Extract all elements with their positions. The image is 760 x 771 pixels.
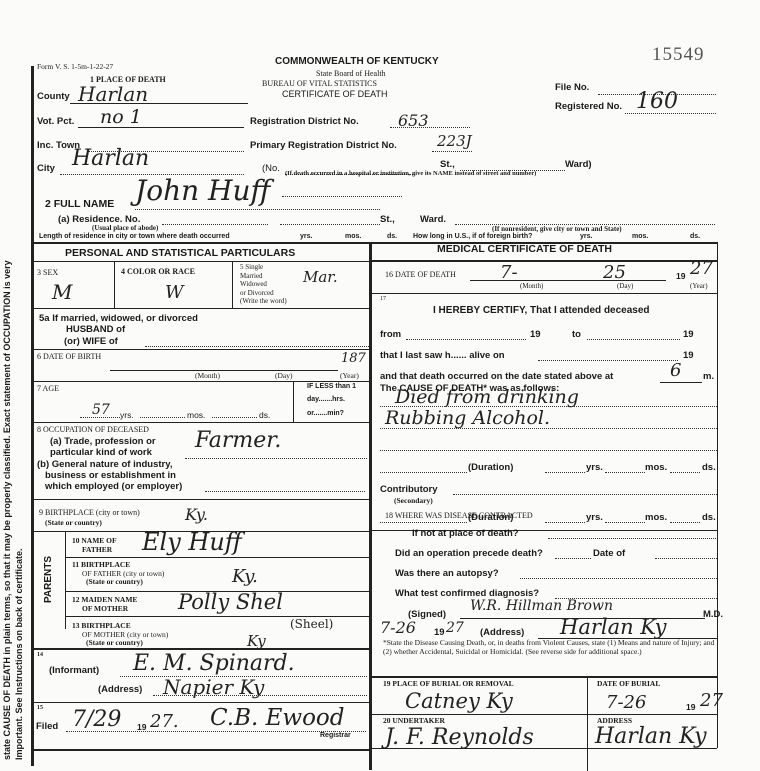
bureau-title: BUREAU OF VITAL STATISTICS	[262, 79, 377, 88]
dod-year-prefix: 19	[676, 271, 685, 281]
operation-label: Did an operation precede death?	[395, 548, 543, 559]
certificate-title: CERTIFICATE OF DEATH	[282, 89, 388, 99]
trade-value[interactable]: Farmer.	[195, 428, 281, 453]
mother-bp-label-3: (State or country)	[86, 638, 143, 647]
city-label: City	[37, 163, 55, 174]
form-number: Form V. S. 1-5m-1-22-27	[37, 62, 113, 71]
birthplace-label-2: (State or country)	[45, 518, 102, 527]
race-label: 4 COLOR OR RACE	[121, 267, 195, 276]
dod-label: 16 DATE OF DEATH	[385, 270, 456, 279]
undertaker-label: 20 UNDERTAKER	[383, 716, 445, 725]
less-than-day-min: or.......min?	[307, 410, 344, 417]
father-bp-label-3: (State or country)	[86, 577, 143, 586]
burial-place-value[interactable]: Catney Ky	[405, 689, 513, 713]
filed-label: Filed	[36, 721, 58, 732]
center-divider	[369, 243, 372, 770]
industry-label-3: which employed (or employer)	[45, 481, 182, 492]
cause-line-1[interactable]: Died from drinking	[395, 386, 579, 408]
where-contracted-heading: 18 WHERE WAS DISEASE CONTRACTED	[385, 511, 533, 520]
occupation-label: 8 OCCUPATION OF DECEASED	[37, 425, 149, 434]
age-mos-label: mos.	[187, 410, 205, 420]
death-time-m: m.	[703, 371, 714, 382]
less-than-day-label: IF LESS than 1	[307, 383, 356, 390]
mother-label-2: OF MOTHER	[82, 604, 128, 613]
burial-date-label: DATE OF BURIAL	[597, 679, 660, 688]
nonresident-note: (If nonresident, give city or town and S…	[492, 225, 622, 233]
reg-district-value[interactable]: 653	[398, 111, 429, 130]
us-yrs: yrs.	[580, 233, 592, 240]
sign-date-value[interactable]: 7-26	[380, 618, 416, 637]
dod-month-value[interactable]: 7-	[500, 262, 518, 283]
undertaker-address-value[interactable]: Harlan Ky	[595, 724, 707, 749]
sign-address-label: (Address)	[480, 627, 524, 638]
us-residence-label: How long in U.S., if of foreign birth?	[413, 233, 532, 240]
informant-address-value[interactable]: Napier Ky	[163, 675, 264, 699]
operation-date-label: Date of	[593, 548, 625, 559]
burial-year-prefix: 19	[686, 702, 695, 712]
stamp-number: 15549	[652, 44, 705, 66]
footnote: *State the Disease Causing Death, or, in…	[383, 638, 716, 656]
duration-ds-1: ds.	[702, 462, 716, 473]
board-of-health: State Board of Health	[316, 69, 386, 78]
age-label: 7 AGE	[37, 384, 59, 393]
registered-no-value[interactable]: 160	[636, 89, 678, 114]
street-no-label: (No.	[262, 163, 280, 174]
full-name-value[interactable]: John Huff	[135, 174, 270, 207]
primary-reg-label: Primary Registration District No.	[250, 140, 397, 151]
burial-date-value[interactable]: 7-26	[606, 692, 646, 713]
birthplace-label-1: 9 BIRTHPLACE (city or town)	[39, 508, 140, 517]
primary-reg-value[interactable]: 223J	[437, 132, 472, 150]
secondary-label: (Secondary)	[394, 496, 433, 505]
reg-district-label: Registration District No.	[250, 116, 359, 127]
hospital-note: (If death occurred in a hospital or inst…	[285, 170, 536, 177]
attended-to-19: 19	[683, 329, 694, 340]
dob-year-label: (Year)	[340, 371, 359, 380]
dod-day-sub: (Day)	[617, 282, 633, 290]
sign-address-value[interactable]: Harlan Ky	[560, 615, 667, 639]
vot-pct-label: Vot. Pct.	[37, 116, 74, 127]
birthplace-value[interactable]: Ky.	[185, 505, 208, 524]
residence-sub: (Usual place of abode)	[92, 224, 158, 232]
mother-label-1: 12 MAIDEN NAME	[72, 595, 137, 604]
marital-label: 5 Single Married Widowed or Divorced (Wr…	[240, 263, 287, 306]
cause-line-2[interactable]: Rubbing Alcohol.	[385, 407, 550, 429]
industry-label-2: business or establishment in	[45, 470, 176, 481]
file-no-label: File No.	[555, 82, 589, 93]
parents-label: PARENTS	[43, 556, 54, 603]
dob-label: 6 DATE OF BIRTH	[37, 352, 101, 361]
duration-yrs-2: yrs.	[586, 512, 603, 523]
father-bp-value[interactable]: Ky.	[232, 566, 258, 587]
sign-year-prefix: 19	[434, 627, 445, 638]
trade-label-1: (a) Trade, profession or	[50, 436, 156, 447]
spouse-label-3: (or) WIFE of	[64, 336, 118, 347]
age-value[interactable]: 57	[92, 402, 110, 418]
informant-address-label: (Address)	[98, 684, 142, 695]
md-label: M.D.	[703, 609, 723, 620]
form-left-border	[31, 66, 34, 766]
race-value[interactable]: W	[165, 282, 184, 303]
spouse-label-2: HUSBAND of	[66, 324, 125, 335]
burial-place-label: 19 PLACE OF BURIAL OR REMOVAL	[383, 679, 514, 688]
sex-value[interactable]: M	[52, 280, 72, 304]
margin-instruction-line1: state CAUSE OF DEATH in plain terms, so …	[2, 260, 12, 760]
county-label: County	[37, 91, 70, 102]
length-ds: ds.	[387, 233, 397, 240]
street-label: St.,	[440, 159, 455, 170]
margin-instruction-line2: Important. See Instructions on back of c…	[14, 548, 24, 760]
form-title: COMMONWEALTH OF KENTUCKY	[275, 56, 439, 67]
filed-date-value[interactable]: 7/29	[72, 707, 121, 732]
registrar-value[interactable]: C.B. Ewood	[210, 705, 345, 731]
residence-st-label: St.,	[380, 214, 395, 225]
dod-year-sub: (Year)	[690, 282, 708, 290]
signed-value[interactable]: W.R. Hillman Brown	[470, 598, 613, 614]
length-yrs: yrs.	[300, 233, 312, 240]
dod-year-value[interactable]: 27	[690, 258, 713, 279]
mother-name-value[interactable]: Polly Shel	[178, 590, 283, 614]
mother-bp-label-1: 13 BIRTHPLACE	[72, 621, 131, 630]
dob-month-label: (Month)	[195, 371, 220, 380]
sex-label: 3 SEX	[37, 268, 58, 277]
filed-year-prefix: 19	[137, 722, 146, 732]
duration-ds-2: ds.	[702, 512, 716, 523]
filed-year-value[interactable]: 27.	[150, 711, 179, 732]
sign-year-value[interactable]: 27	[446, 620, 464, 636]
attended-to-label: to	[572, 329, 581, 340]
registrar-label: Registrar	[320, 732, 351, 739]
death-occurred-label: and that death occurred on the date stat…	[380, 371, 613, 382]
certify-text: I HEREBY CERTIFY, That I attended deceas…	[433, 305, 650, 316]
filed-number: 15	[37, 705, 43, 711]
full-name-label: 2 FULL NAME	[45, 198, 114, 210]
spouse-label-1: 5a If married, widowed, or divorced	[39, 313, 198, 324]
last-saw-19: 19	[683, 350, 694, 361]
informant-number: 14	[37, 652, 43, 658]
attended-from-label: from	[380, 329, 401, 340]
dod-month-sub: (Month)	[520, 282, 543, 290]
us-mos: mos.	[632, 233, 648, 240]
contributory-label: Contributory	[380, 484, 438, 495]
undertaker-value[interactable]: J. F. Reynolds	[385, 725, 534, 750]
last-saw-label: that I last saw h...... alive on	[380, 350, 505, 361]
medical-section-title: MEDICAL CERTIFICATE OF DEATH	[437, 243, 612, 255]
father-bp-label-1: 11 BIRTHPLACE	[72, 560, 130, 569]
informant-value[interactable]: E. M. Spinard.	[133, 651, 295, 676]
if-not-place-label: If not at place of death?	[412, 528, 519, 539]
city-value[interactable]: Harlan	[72, 146, 149, 171]
less-than-day-hrs: day.......hrs.	[307, 396, 345, 403]
mother-maiden-note: (Sheel)	[290, 617, 333, 631]
dod-day-value[interactable]: 25	[603, 262, 626, 283]
dob-day-label: (Day)	[275, 371, 293, 380]
father-label-2: FATHER	[82, 545, 112, 554]
duration-mos-1: mos.	[645, 462, 667, 473]
us-ds: ds.	[690, 233, 700, 240]
length-residence-label: Length of residence in city or town wher…	[39, 233, 230, 240]
death-time-value[interactable]: 6	[670, 360, 681, 381]
marital-value[interactable]: Mar.	[303, 268, 338, 286]
length-mos: mos.	[345, 233, 361, 240]
residence-ward-label: Ward.	[420, 214, 446, 225]
dob-year-value[interactable]: 187	[341, 351, 366, 366]
ward-label: Ward)	[565, 159, 592, 170]
industry-label-1: (b) General nature of industry,	[37, 459, 172, 470]
form-right-border	[717, 243, 718, 748]
duration-label-1: (Duration)	[468, 462, 513, 473]
burial-year-value[interactable]: 27	[700, 690, 723, 711]
father-name-value[interactable]: Ely Huff	[142, 528, 242, 556]
personal-section-title: PERSONAL AND STATISTICAL PARTICULARS	[65, 247, 295, 259]
county-value[interactable]: Harlan	[78, 82, 148, 106]
age-yrs-label: yrs.	[120, 410, 134, 420]
certify-number: 17	[380, 296, 386, 302]
attended-from-19: 19	[530, 329, 541, 340]
duration-yrs-1: yrs.	[586, 462, 603, 473]
age-ds-label: ds.	[259, 410, 270, 420]
trade-label-2: particular kind of work	[50, 447, 152, 458]
father-label-1: 10 NAME OF	[72, 536, 117, 545]
autopsy-label: Was there an autopsy?	[395, 568, 499, 579]
registered-no-label: Registered No.	[555, 101, 622, 112]
vot-pct-value[interactable]: no 1	[100, 106, 142, 128]
duration-mos-2: mos.	[645, 512, 667, 523]
informant-label: (Informant)	[49, 665, 99, 676]
